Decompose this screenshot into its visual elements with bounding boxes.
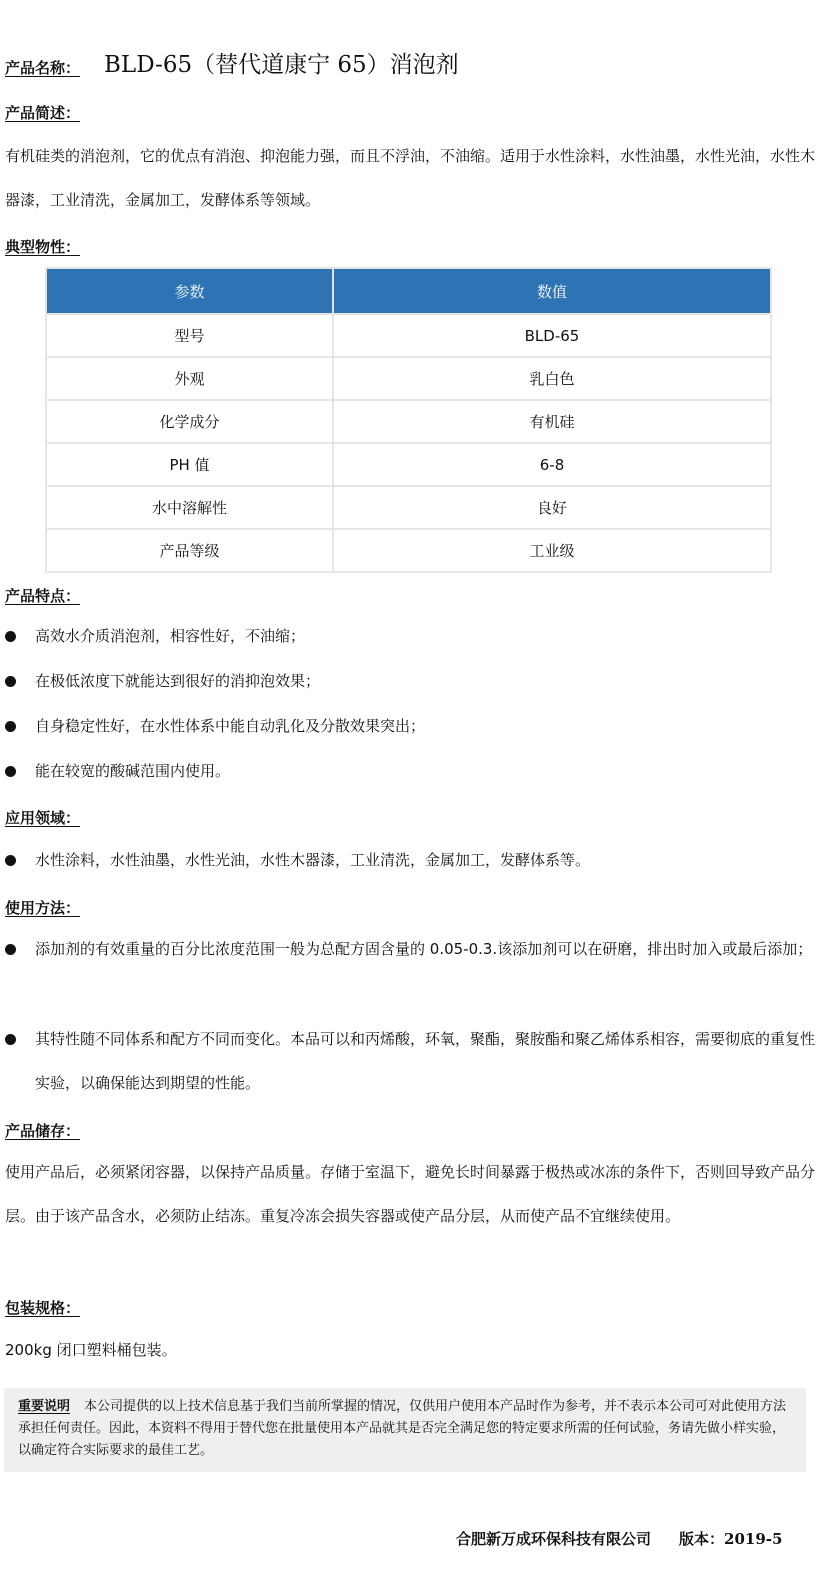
- table-header-row: 参数 数值: [46, 268, 771, 314]
- table-row: 水中溶解性 良好: [46, 486, 771, 529]
- usage-item: 其特性随不同体系和配方不同而变化。本品可以和丙烯酸，环氧，聚酯，聚胺酯和聚乙烯体…: [5, 1017, 825, 1105]
- bullet-icon: [5, 766, 16, 777]
- packaging-heading: 包装规格：: [5, 1297, 94, 1318]
- description-heading: 产品简述：: [5, 102, 94, 123]
- usage-item: 添加剂的有效重量的百分比浓度范围一般为总配方固含量的 0.05-0.3.该添加剂…: [5, 927, 825, 971]
- applications-heading: 应用领域：: [5, 807, 94, 828]
- bullet-icon: [5, 944, 16, 955]
- param-cell: 外观: [46, 357, 333, 400]
- product-name-label: 产品名称：: [5, 57, 94, 78]
- feature-item: 在极低浓度下就能达到很好的消抑泡效果；: [5, 659, 825, 703]
- bullet-icon: [5, 855, 16, 866]
- important-notice: 重要说明本公司提供的以上技术信息基于我们当前所掌握的情况，仅供用户使用本产品时作…: [4, 1388, 806, 1472]
- feature-item: 高效水介质消泡剂，相容性好，不油缩；: [5, 614, 825, 658]
- notice-text: 本公司提供的以上技术信息基于我们当前所掌握的情况，仅供用户使用本产品时作为参考，…: [18, 1399, 786, 1458]
- properties-heading: 典型物性：: [5, 236, 94, 257]
- value-cell: BLD-65: [333, 314, 771, 357]
- value-cell: 工业级: [333, 529, 771, 572]
- description-text: 有机硅类的消泡剂，它的优点有消泡、抑泡能力强，而且不浮油，不油缩。适用于水性涂料…: [5, 134, 825, 222]
- value-cell: 有机硅: [333, 400, 771, 443]
- table-row: 型号 BLD-65: [46, 314, 771, 357]
- table-row: PH 值 6-8: [46, 443, 771, 486]
- packaging-text: 200kg 闭口塑料桶包装。: [5, 1328, 825, 1372]
- storage-heading: 产品储存：: [5, 1120, 94, 1141]
- param-cell: PH 值: [46, 443, 333, 486]
- company-name: 合肥新万成环保科技有限公司: [456, 1528, 651, 1549]
- product-name: BLD-65（替代道康宁 65）消泡剂: [104, 52, 459, 78]
- value-cell: 良好: [333, 486, 771, 529]
- param-cell: 化学成分: [46, 400, 333, 443]
- application-item: 水性涂料，水性油墨，水性光油，水性木器漆，工业清洗，金属加工，发酵体系等。: [5, 838, 825, 882]
- storage-text: 使用产品后，必须紧闭容器，以保持产品质量。存储于室温下，避免长时间暴露于极热或冰…: [5, 1150, 825, 1238]
- value-cell: 乳白色: [333, 357, 771, 400]
- feature-item: 能在较宽的酸碱范围内使用。: [5, 749, 825, 793]
- bullet-icon: [5, 676, 16, 687]
- title-row: 产品名称： BLD-65（替代道康宁 65）消泡剂: [5, 52, 459, 78]
- table-row: 外观 乳白色: [46, 357, 771, 400]
- column-header-value: 数值: [333, 268, 771, 314]
- table-row: 产品等级 工业级: [46, 529, 771, 572]
- param-cell: 型号: [46, 314, 333, 357]
- param-cell: 产品等级: [46, 529, 333, 572]
- param-cell: 水中溶解性: [46, 486, 333, 529]
- table-row: 化学成分 有机硅: [46, 400, 771, 443]
- properties-table: 参数 数值 型号 BLD-65 外观 乳白色 化学成分 有机硅 PH 值 6-8: [45, 267, 772, 573]
- bullet-icon: [5, 721, 16, 732]
- version-label: 版本：2019-5: [679, 1528, 782, 1549]
- value-cell: 6-8: [333, 443, 771, 486]
- usage-heading: 使用方法：: [5, 897, 94, 918]
- bullet-icon: [5, 1034, 16, 1045]
- bullet-icon: [5, 631, 16, 642]
- features-heading: 产品特点：: [5, 585, 94, 606]
- product-datasheet: 产品名称： BLD-65（替代道康宁 65）消泡剂 产品简述： 有机硅类的消泡剂…: [0, 0, 830, 1594]
- notice-lead: 重要说明: [18, 1399, 70, 1414]
- column-header-parameter: 参数: [46, 268, 333, 314]
- feature-item: 自身稳定性好，在水性体系中能自动乳化及分散效果突出；: [5, 704, 825, 748]
- footer: 合肥新万成环保科技有限公司 版本：2019-5: [456, 1528, 782, 1549]
